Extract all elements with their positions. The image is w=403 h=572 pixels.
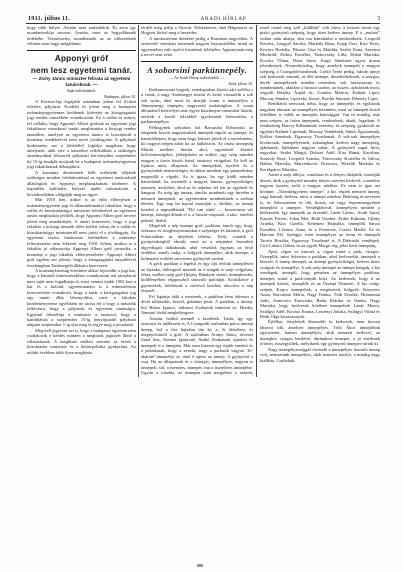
issue-date: 1911. július 11. (28, 15, 70, 22)
article-paragraph: Nagy ünnepélyességgel örvendő a ünnepély… (260, 347, 380, 363)
page-number: 3 (377, 16, 380, 22)
article-paragraph: Éjfélkor, fénylettek díszesebb és kedves… (260, 319, 380, 346)
masthead-rule (26, 23, 380, 24)
headline-apponyi-line2: nem lesz egyetemi tanár. (27, 66, 136, 76)
page-mark (197, 564, 203, 567)
article-separator (27, 50, 136, 52)
subheadline-apponyi: — Zichy János miniszter felirata az egye… (27, 76, 136, 87)
column-3: ezzel csend meg szél „kiállítás" volt hí… (260, 25, 380, 377)
article-paragraph: A Kereszt-lap legújabb számában jelent f… (27, 99, 136, 170)
headline-apponyi-line1: Apponyi gróf (27, 54, 136, 64)
article-separator (141, 61, 253, 63)
masthead: 1911. július 11. ARADI HÍRLAP 3 (28, 14, 380, 22)
article-paragraph: A grófi parkban a legelső és egy ifjú fé… (141, 261, 253, 294)
continuation-text: térdelt még polip a Sforcai. Nehézkesen,… (141, 25, 253, 36)
column-divider-1 (138, 25, 139, 377)
headline-soborsin: A soborsini parkünnepély. (141, 65, 253, 75)
article-paragraph: Aztán a szép fáklya, vonulásai és a fény… (260, 172, 380, 248)
newspaper-page: 1911. július 11. ARADI HÍRLAP 3 hogy töb… (0, 0, 403, 572)
article-paragraph: Apró, régen ez kincsei a, vígan mind a p… (260, 249, 380, 320)
article-paragraph: Már 1910 ben, mikor is az előtt előterje… (27, 197, 136, 268)
article-paragraph: Félhogynek szikrátan hol Bacsatátá Dobro… (141, 125, 253, 223)
article-paragraph: ezzel csend meg szél „kiállítás" volt hí… (260, 25, 380, 101)
article-paragraph: Megérték a nép ünnepe gróf, parkban, tan… (141, 223, 253, 261)
column-1: hogy több helyet. Azután nem szabadulok.… (27, 25, 136, 377)
paper-title: ARADI HÍRLAP (201, 16, 247, 22)
continuation-text: hogy több helyet. Azután nem szabadulok.… (27, 25, 136, 47)
article-paragraph: Ketkomoronta hegyek, zenekapuban között … (141, 87, 253, 125)
column-divider-2 (256, 25, 257, 377)
article-paragraph: Meg kell jegyezni ezt is, hogy a budapes… (27, 328, 136, 355)
article-paragraph: A miniszterium döntését pedig a Románia … (141, 36, 253, 58)
article-paragraph: Rendkívül nemcsak néha, hogy az ünnepély… (260, 101, 380, 172)
column-2: térdelt még polip a Sforcai. Nehézkesen,… (141, 25, 253, 377)
article-paragraph: A kormányhatóság értesítése akkor fejező… (27, 268, 136, 328)
article-paragraph: A kormány döntésének helli szélesebb elő… (27, 170, 136, 197)
article-paragraph: Azután, hódító mennél a kisebbek. Tanár,… (141, 316, 253, 377)
article-paragraph: Fel Ispánja akik a mesterek, a parkban f… (141, 294, 253, 316)
